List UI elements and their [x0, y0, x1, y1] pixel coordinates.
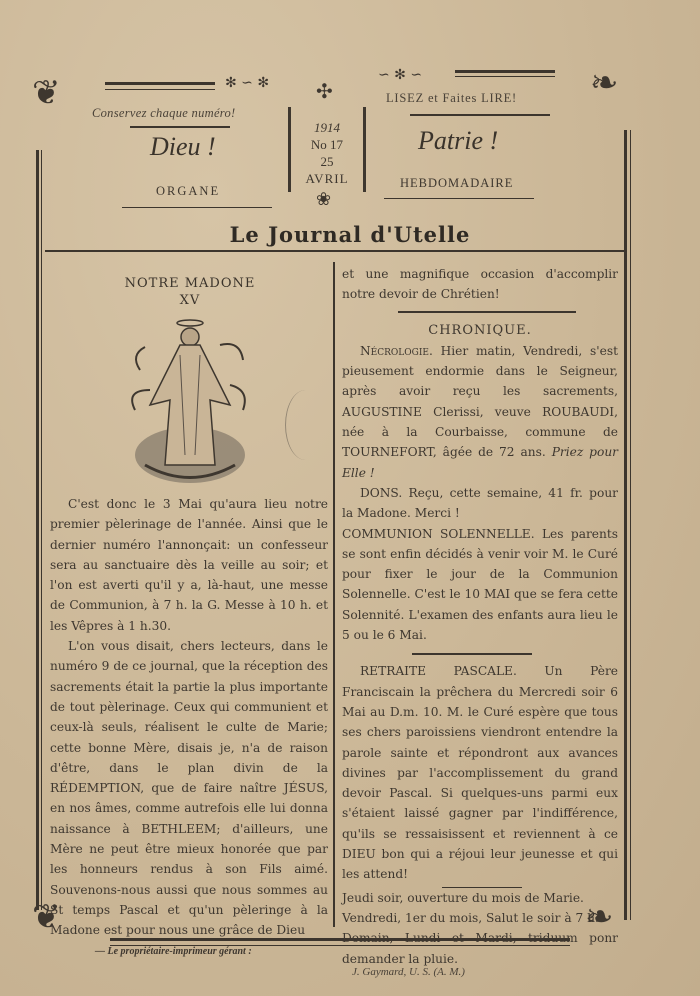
top-rule-right-thin — [455, 76, 555, 77]
datebox-right-pillar — [363, 107, 366, 192]
article-heading: NOTRE MADONE — [120, 276, 260, 291]
datebox-crest-icon: ✣ — [316, 79, 333, 104]
datebox-left-pillar — [288, 107, 291, 192]
demain-text: Demain, Lundi et Mardi, triduum ponr dem… — [342, 928, 618, 969]
newspaper-title: Le Journal d'Utelle — [0, 222, 700, 247]
communion-text: COMMUNION SOLENNELLE. Les parents se son… — [342, 524, 618, 646]
right-motto: Patrie ! — [418, 126, 498, 156]
left-column-text: C'est donc le 3 Mai qu'aura lieu notre p… — [50, 494, 328, 941]
right-border-rule-inner — [630, 130, 631, 920]
issue-number: No 17 — [288, 136, 366, 153]
paragraph: L'on vous disait, chers lecteurs, dans l… — [50, 636, 328, 940]
section-separator — [412, 653, 532, 655]
issue-date-box: ✣ 1914 No 17 25 AVRIL ❀ — [288, 95, 366, 205]
section-separator — [398, 311, 576, 313]
chronique-heading: CHRONIQUE. — [342, 321, 618, 341]
left-slogan-flourish — [130, 126, 230, 128]
left-border-rule — [36, 150, 39, 910]
paragraph: C'est donc le 3 Mai qu'aura lieu notre p… — [50, 494, 328, 636]
small-flourish-icon: ∽ ✻ ∽ — [378, 68, 422, 82]
madonna-engraving-image — [125, 315, 255, 485]
vendredi-text: Vendredi, 1er du mois, Salut le soir à 7… — [342, 908, 618, 928]
retraite-text: RETRAITE PASCALE. Un Père Franciscain la… — [342, 661, 618, 884]
left-slogan: Conservez chaque numéro! — [92, 106, 236, 121]
top-rule-left-thin — [105, 89, 215, 90]
section-separator — [442, 887, 522, 888]
small-flourish-icon: ✻ ∽ ✻ — [225, 76, 269, 90]
left-label-rule — [122, 207, 272, 208]
jeudi-text: Jeudi soir, ouverture du mois de Marie. — [342, 888, 618, 908]
right-label: HEBDOMADAIRE — [400, 176, 513, 191]
corner-ornament-top-right-icon: ❧ — [590, 66, 619, 100]
datebox-base-icon: ❀ — [316, 189, 331, 210]
printer-signature: J. Gaymard, U. S. (A. M.) — [352, 966, 465, 978]
issue-month: AVRIL — [288, 170, 366, 187]
right-slogan-flourish — [410, 114, 550, 116]
postmark-stamp-icon — [285, 390, 326, 460]
footer-label: — Le propriétaire-imprimeur gérant : — [95, 946, 252, 957]
continuation-text: et une magnifique occasion d'accomplir n… — [342, 264, 618, 305]
right-label-rule — [384, 198, 534, 199]
top-rule-right — [455, 70, 555, 73]
issue-day: 25 — [288, 153, 366, 170]
right-column-text: et une magnifique occasion d'accomplir n… — [342, 264, 618, 969]
dons-text: DONS. Reçu, cette semaine, 41 fr. pour l… — [342, 483, 618, 524]
title-underline — [45, 250, 625, 252]
necrologie-text: Hier matin, Vendredi, s'est pieusement e… — [342, 344, 618, 459]
right-border-rule — [624, 130, 627, 920]
necrologie-label: Nécrologie. — [360, 344, 433, 358]
top-rule-left — [105, 82, 215, 85]
column-divider — [333, 262, 335, 927]
left-border-rule-inner — [41, 150, 42, 910]
corner-ornament-top-left-icon: ❦ — [32, 76, 61, 110]
left-motto: Dieu ! — [150, 132, 216, 162]
right-slogan: LISEZ et Faites LIRE! — [386, 91, 517, 106]
left-label: ORGANE — [156, 184, 220, 199]
article-subheading: XV — [120, 293, 260, 308]
issue-year: 1914 — [288, 119, 366, 136]
